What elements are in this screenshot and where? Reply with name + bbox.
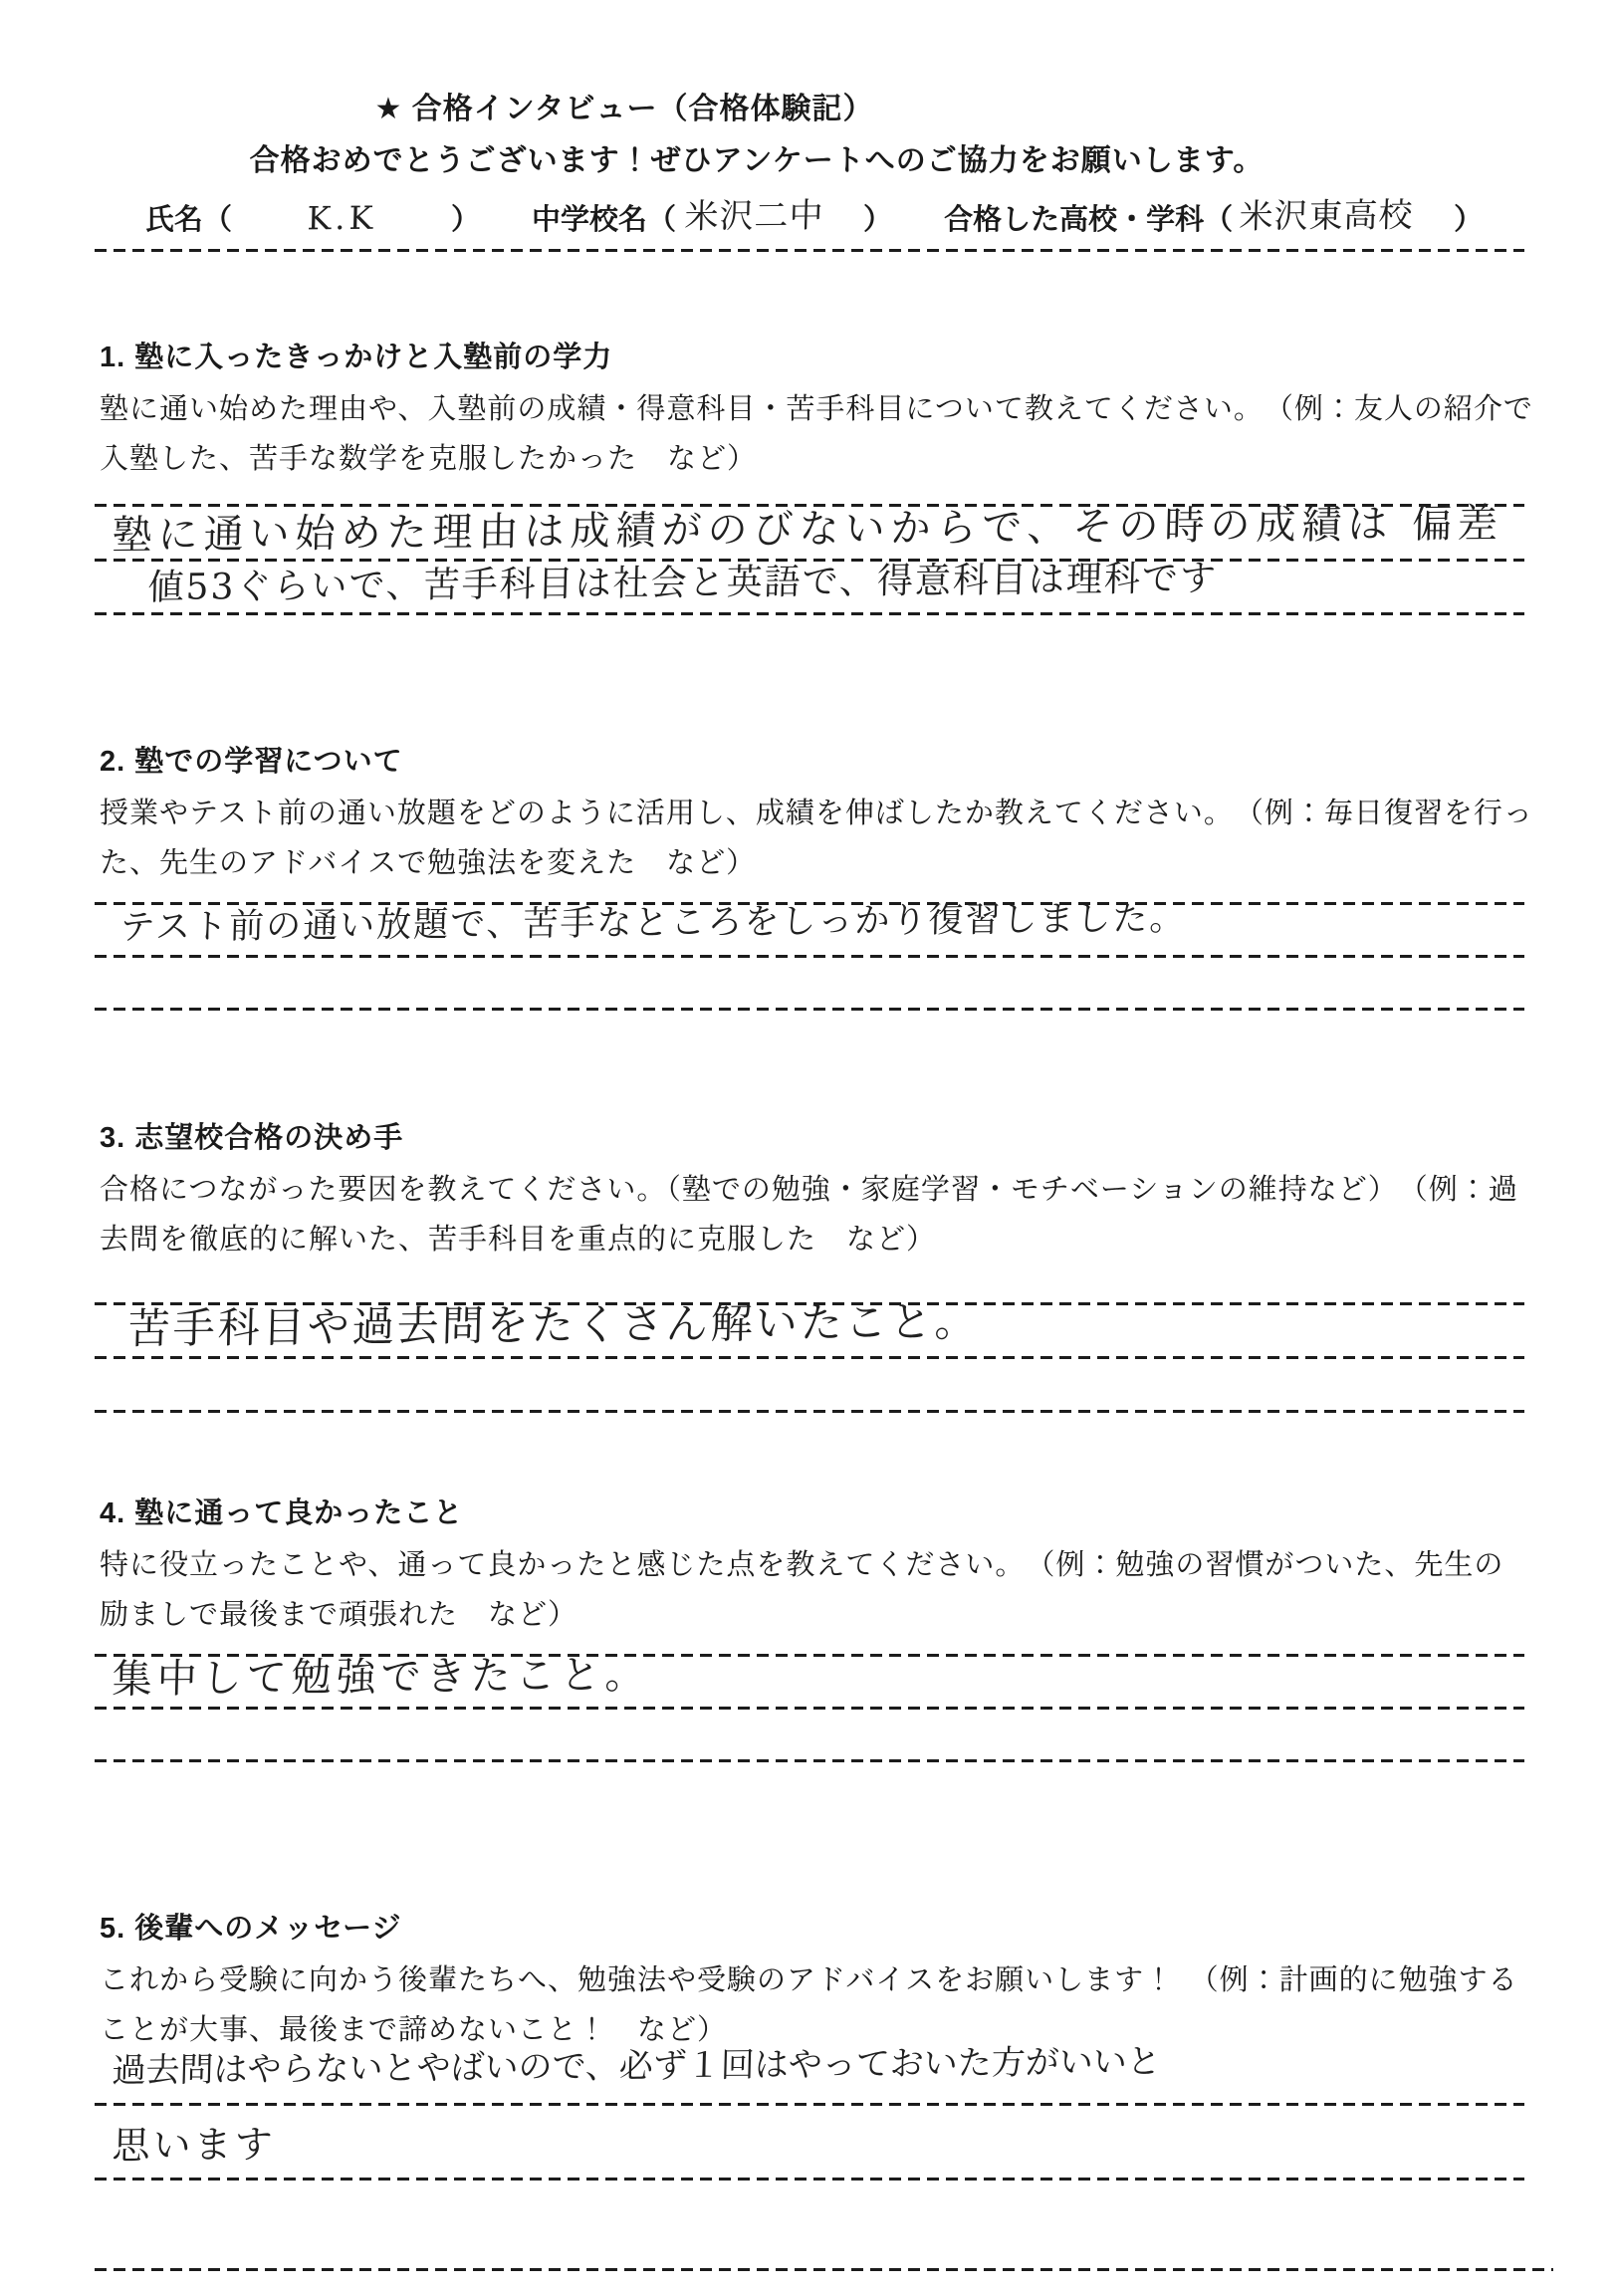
name-field-label: 氏名（ — [145, 197, 232, 238]
section-4-answer-line-1: 集中して勉強できたこと。 — [112, 1643, 650, 1705]
section-1-answer-line-1: 塾に通い始めた理由は成績がのびないからで、その時の成績は 偏差 — [112, 492, 1504, 561]
answer-rule — [95, 1410, 1524, 1413]
scanned-questionnaire-page: ★ 合格インタビュー（合格体験記） 合格おめでとうございます！ぜひアンケートへの… — [0, 0, 1615, 2296]
junior-high-field-close-paren: ） — [863, 197, 892, 238]
form-title: ★ 合格インタビュー（合格体験記） — [0, 84, 1249, 127]
name-field-close-paren: ） — [451, 197, 480, 238]
high-school-field-value: 米沢東高校 — [1233, 187, 1455, 238]
junior-high-field-value: 米沢二中 — [676, 187, 864, 238]
section-1-heading: 1. 塾に入ったきっかけと入塾前の学力 — [100, 335, 1553, 375]
answer-rule — [95, 1759, 1524, 1762]
section-2-answer-line-1: テスト前の通い放題で、苦手なところをしっかり復習しました。 — [119, 891, 1187, 950]
section-4-description: 特に役立ったことや、通って良かったと感じた点を教えてください。 （例：勉強の習慣… — [100, 1540, 1533, 1640]
section-5-answer-line-1: 過去問はやらないとやばいので、必ず１回はやっておいた方がいいと — [112, 2034, 1162, 2092]
form-subtitle: 合格おめでとうございます！ぜひアンケートへのご協力をお願いします。 — [0, 135, 1513, 179]
header-separator-rule — [95, 249, 1524, 252]
answer-rule — [95, 955, 1524, 958]
name-field-value: K.K — [232, 198, 452, 238]
section-3-answer-line-1: 苦手科目や過去問をたくさん解いたこと。 — [127, 1289, 981, 1356]
high-school-field-label: 合格した高校・学科（ — [944, 197, 1233, 238]
section-4-heading: 4. 塾に通って良かったこと — [100, 1491, 1553, 1531]
answer-rule — [95, 1008, 1524, 1011]
section-3-description: 合格につながった要因を教えてください。（塾での勉強・家庭学習・モチベーションの維… — [100, 1165, 1533, 1264]
section-2-heading: 2. 塾での学習について — [100, 739, 1553, 780]
page-bottom-rule — [95, 2268, 1553, 2271]
junior-high-field-label: 中学校名（ — [532, 197, 676, 238]
section-5-answer-line-2: 思います — [112, 2114, 276, 2170]
answer-rule — [95, 2103, 1524, 2106]
high-school-field-close-paren: ） — [1454, 197, 1483, 238]
answer-rule — [95, 2178, 1524, 2181]
answer-rule — [95, 1707, 1524, 1710]
section-5-heading: 5. 後輩へのメッセージ — [100, 1906, 1553, 1947]
section-2-description: 授業やテスト前の通い放題をどのように活用し、成績を伸ばしたか教えてください。 （… — [100, 789, 1533, 888]
section-1-description: 塾に通い始めた理由や、入塾前の成績・得意科目・苦手科目について教えてください。 … — [100, 384, 1533, 484]
section-1-answer-line-2: 値53ぐらいで、苦手科目は社会と英語で、得意科目は理科です — [147, 551, 1219, 610]
answer-rule — [95, 612, 1524, 615]
header-fields-row: 氏名（ K.K ） 中学校名（ 米沢二中 ） 合格した高校・学科（ 米沢東高校 … — [145, 189, 1579, 238]
section-3-heading: 3. 志望校合格の決め手 — [100, 1115, 1553, 1156]
answer-rule — [95, 1356, 1524, 1359]
